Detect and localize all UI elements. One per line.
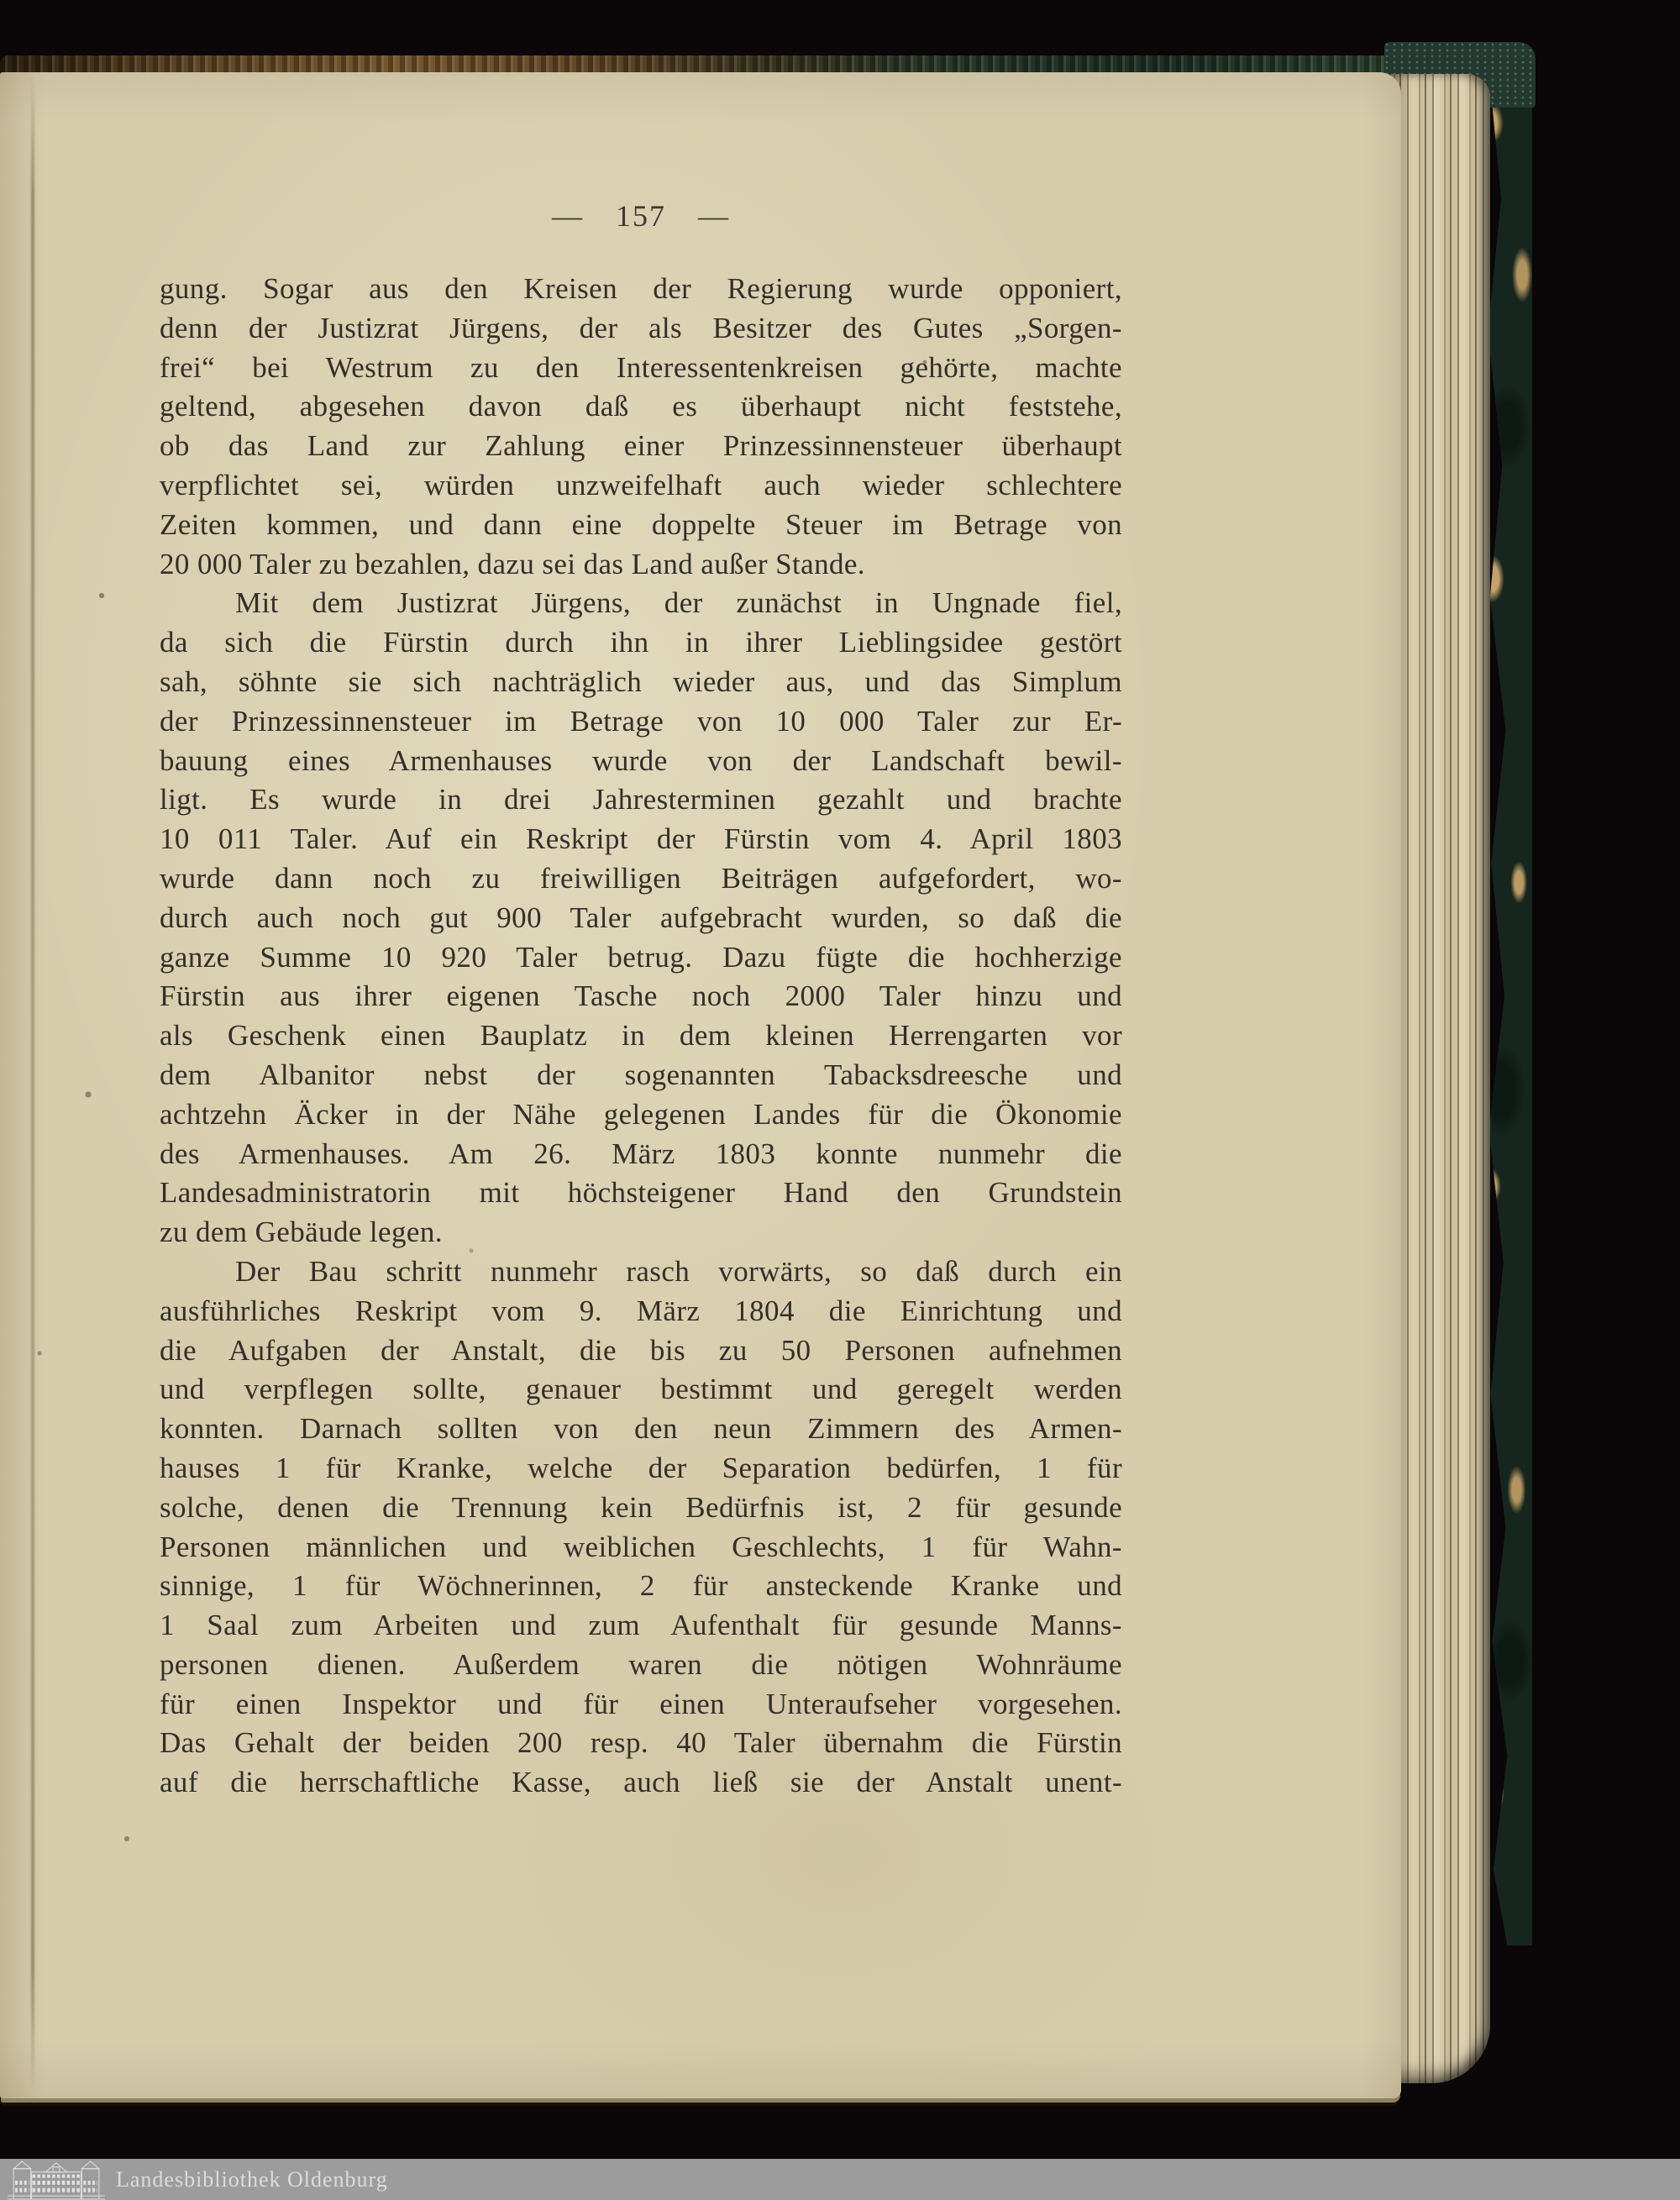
- text-line: geltend, abgesehen davon daß es überhaup…: [160, 387, 1122, 427]
- text-line: Mit dem Justizrat Jürgens, der zunächst …: [160, 584, 1122, 623]
- gutter-crease: [31, 76, 34, 2092]
- text-line: hauses 1 für Kranke, welche der Separati…: [160, 1449, 1122, 1489]
- text-line: sinnige, 1 für Wöchnerinnen, 2 für anste…: [160, 1567, 1122, 1606]
- text-line: verpflichtet sei, würden unzweifelhaft a…: [160, 466, 1122, 506]
- text-block: gung. Sogar aus den Kreisen der Regierun…: [160, 270, 1122, 1803]
- text-line: Fürstin aus ihrer eigenen Tasche noch 20…: [160, 977, 1122, 1016]
- text-line: des Armenhauses. Am 26. März 1803 konnte…: [160, 1135, 1122, 1174]
- text-line: durch auch noch gut 900 Taler aufgebrach…: [160, 899, 1122, 938]
- text-line: Personen männlichen und weiblichen Gesch…: [160, 1528, 1122, 1567]
- text-line: Das Gehalt der beiden 200 resp. 40 Taler…: [160, 1724, 1122, 1763]
- scanned-book-photo: — 157 — gung. Sogar aus den Kreisen der …: [0, 0, 1680, 2200]
- text-line: da sich die Fürstin durch ihn in ihrer L…: [160, 623, 1122, 663]
- page-number-header: — 157 —: [160, 198, 1122, 234]
- text-line: für einen Inspektor und für einen Untera…: [160, 1685, 1122, 1725]
- text-line: konnten. Darnach sollten von den neun Zi…: [160, 1410, 1122, 1449]
- text-line: und verpflegen sollte, genauer bestimmt …: [160, 1370, 1122, 1410]
- text-line: Landesadministratorin mit höchsteigener …: [160, 1174, 1122, 1213]
- text-line: ganze Summe 10 920 Taler betrug. Dazu fü…: [160, 938, 1122, 978]
- text-line: denn der Justizrat Jürgens, der als Besi…: [160, 309, 1122, 349]
- text-line: dem Albanitor nebst der sogenannten Taba…: [160, 1056, 1122, 1095]
- text-line: die Aufgaben der Anstalt, die bis zu 50 …: [160, 1331, 1122, 1371]
- text-line: 20 000 Taler zu bezahlen, dazu sei das L…: [160, 545, 1122, 585]
- text-line: solche, denen die Trennung kein Bedürfni…: [160, 1489, 1122, 1528]
- text-line: auf die herrschaftliche Kasse, auch ließ…: [160, 1763, 1122, 1803]
- text-line: frei“ bei Westrum zu den Interessentenkr…: [160, 349, 1122, 388]
- text-line: wurde dann noch zu freiwilligen Beiträge…: [160, 859, 1122, 899]
- text-line: ligt. Es wurde in drei Jahresterminen ge…: [160, 780, 1122, 820]
- text-line: Der Bau schritt nunmehr rasch vorwärts, …: [160, 1252, 1122, 1292]
- library-building-icon: [7, 2161, 106, 2200]
- text-line: der Prinzessinnensteuer im Betrage von 1…: [160, 702, 1122, 742]
- text-line: achtzehn Äcker in der Nähe gelegenen Lan…: [160, 1095, 1122, 1135]
- text-line: ob das Land zur Zahlung einer Prinzessin…: [160, 427, 1122, 466]
- text-line: sah, söhnte sie sich nachträglich wieder…: [160, 663, 1122, 702]
- library-name: Landesbibliothek Oldenburg: [116, 2159, 388, 2200]
- text-line: personen dienen. Außerdem waren die nöti…: [160, 1646, 1122, 1685]
- text-line: gung. Sogar aus den Kreisen der Regierun…: [160, 270, 1122, 309]
- text-line: als Geschenk einen Bauplatz in dem klein…: [160, 1016, 1122, 1056]
- text-line: 1 Saal zum Arbeiten und zum Aufenthalt f…: [160, 1606, 1122, 1646]
- text-line: ausführliches Reskript vom 9. März 1804 …: [160, 1292, 1122, 1331]
- text-line: 10 011 Taler. Auf ein Reskript der Fürst…: [160, 820, 1122, 859]
- page-specks: [0, 0, 2, 2]
- text-line: zu dem Gebäude legen.: [160, 1213, 1122, 1252]
- text-line: bauung eines Armenhauses wurde von der L…: [160, 742, 1122, 781]
- text-line: Zeiten kommen, und dann eine doppelte St…: [160, 506, 1122, 545]
- page-stack-fore-edge: [1389, 74, 1490, 2083]
